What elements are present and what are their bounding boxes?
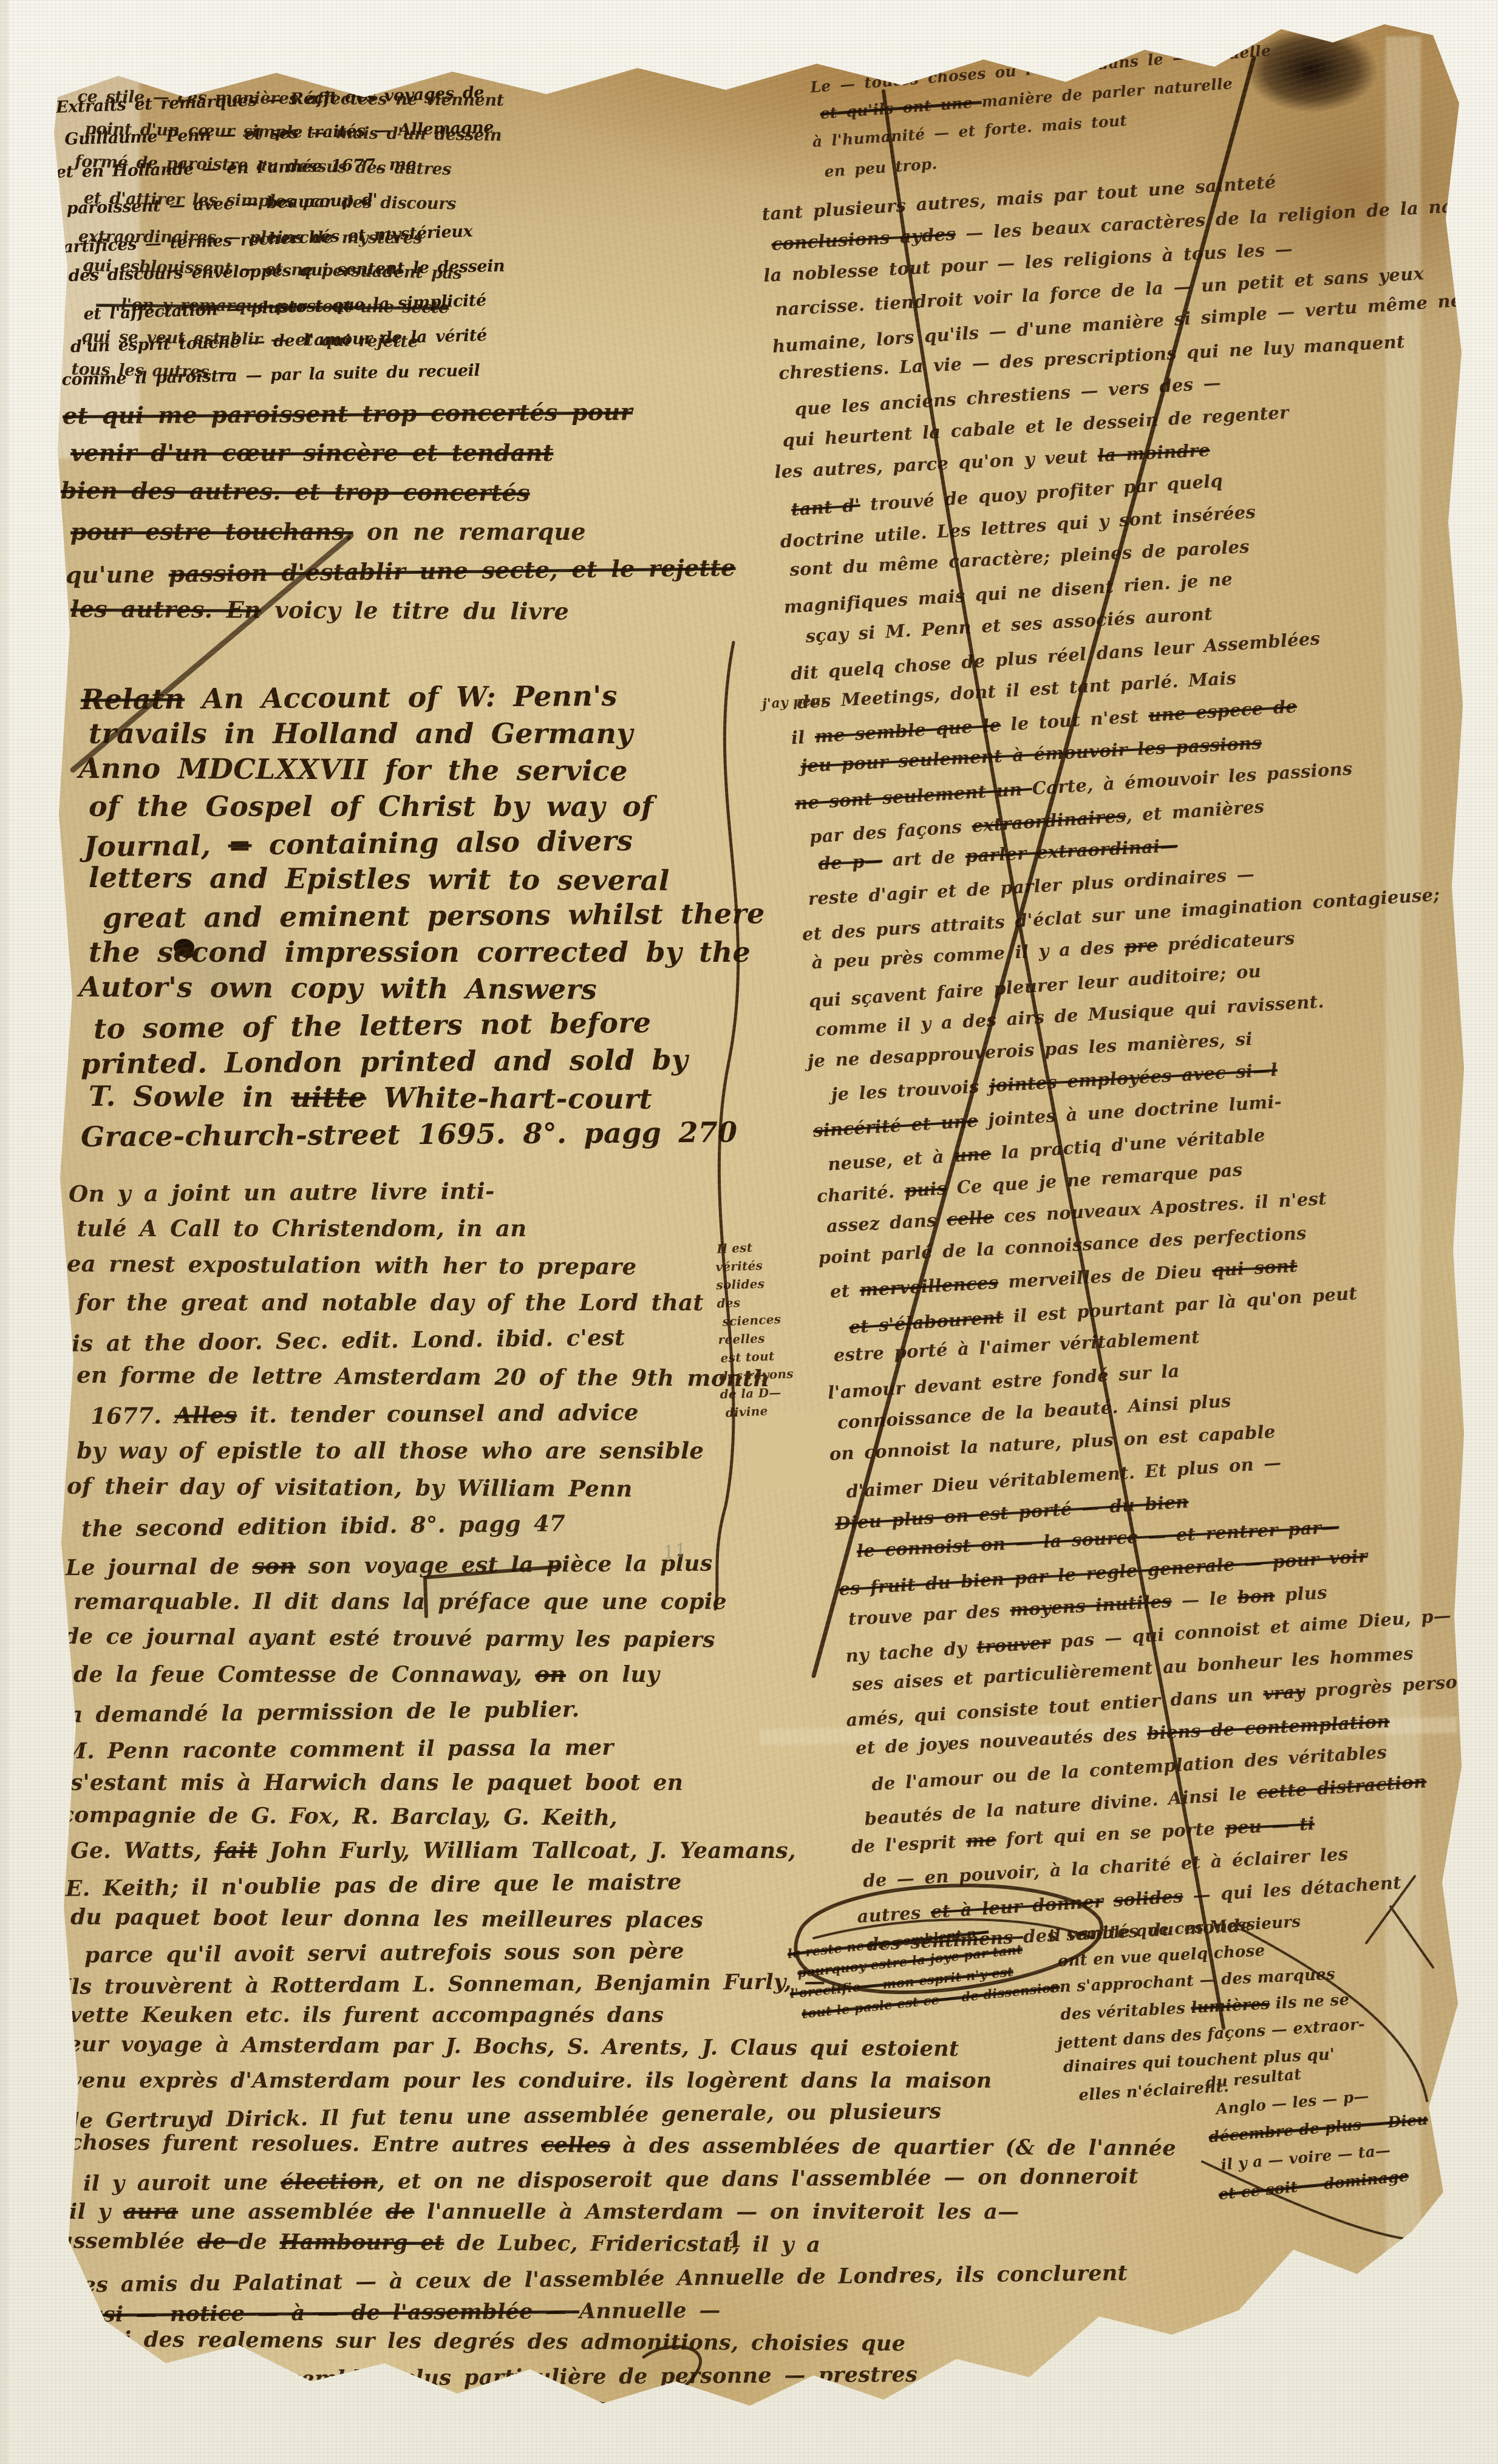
manuscript-line: great and eminent persons whilst there	[103, 895, 779, 936]
bottom-right-fragments: du resultatAnglo — les — p—décembre de p…	[1203, 2046, 1469, 2208]
struck-text: extraordinaires	[971, 805, 1126, 836]
manuscript-line: de ce journal ayant esté trouvé parmy le…	[64, 1618, 774, 1658]
struck-text: venir d'un cœur sincère et tendant	[70, 439, 553, 466]
handwritten-text: , et manières	[1125, 796, 1265, 826]
handwritten-text: point d'un cœur simple — mais d'un desse…	[85, 120, 502, 145]
struck-text: — l'on y remarque par tout une secte	[96, 295, 449, 317]
handwritten-text: merveilles de Dieu	[998, 1260, 1213, 1293]
manuscript-line: Ge. Watts, fait John Furly, William Tall…	[70, 1834, 777, 1868]
handwritten-text: on ne remarque	[353, 518, 586, 545]
handwritten-text: compagnie de G. Fox, R. Barclay, G. Keit…	[61, 1802, 618, 1831]
handwritten-text: E. Keith; il n'oublie pas de dire que le…	[66, 1869, 682, 1902]
struck-text: parler extraordinai—	[965, 835, 1178, 866]
manuscript-line: solides	[716, 1275, 771, 1295]
handwritten-text: extraordinaires — pleins de mystères	[78, 227, 422, 247]
handwritten-text: du resultat	[1205, 2065, 1302, 2092]
struck-text: de	[386, 2199, 414, 2224]
handwritten-text: Grace-church-street 1695. 8°. pagg 270	[81, 1115, 738, 1153]
manuscript-line: T. Sowle in uitte White-hart-court	[89, 1078, 777, 1118]
struck-text: fait	[214, 1838, 257, 1863]
handwritten-text: de ce journal ayant esté trouvé parmy le…	[64, 1624, 715, 1653]
manuscript-line: est tout	[720, 1347, 775, 1367]
handwritten-text: son voyage est la pièce la plus	[296, 1551, 713, 1579]
handwritten-text: ce stile — ces manières affectées ne vie…	[77, 87, 503, 110]
manuscript-line: Relatn An Account of W: Penn's	[81, 676, 779, 718]
handwritten-text: neuse, et à	[827, 1146, 955, 1175]
handwritten-text: on luy	[566, 1662, 659, 1687]
struck-text: une espece de	[1148, 696, 1298, 726]
handwritten-text: tulé A Call to Christendom, in an	[77, 1215, 526, 1242]
handwritten-text: ea rnest expostulation with her to prepa…	[67, 1250, 637, 1280]
manuscript-line: des	[717, 1292, 772, 1312]
struck-text: =	[228, 828, 251, 861]
handwritten-text: for the great and notable day of the Lor…	[77, 1289, 704, 1316]
handwritten-text: Le journal de	[66, 1554, 253, 1581]
manuscript-line: réelles	[718, 1329, 773, 1349]
handwritten-text: du paquet boot leur donna les meilleures…	[70, 1904, 704, 1933]
manuscript-line: Anno MDCLXXVII for the service	[79, 750, 777, 790]
manuscript-line: sciences	[722, 1310, 777, 1331]
handwritten-text: l'annuelle à Amsterdam — on inviteroit l…	[415, 2199, 1020, 2224]
handwritten-text: ils ne se	[1269, 1991, 1350, 2013]
handwritten-text: qu'une	[66, 560, 169, 589]
handwritten-text: le tout n'est	[1000, 705, 1149, 735]
manuscript-line: en forme de lettre Amsterdam 20 of the 9…	[77, 1356, 777, 1397]
opening-paragraph: et qui me paroissent trop concertés pour…	[61, 393, 765, 630]
handwritten-text: une assemblée	[178, 2199, 386, 2224]
handwritten-text: of the Gospel of Christ by way of	[89, 790, 653, 823]
manuscript-line: travails in Holland and Germany	[89, 715, 777, 752]
penn-voyage-block: M. Penn raconte comment il passa la mers…	[61, 1732, 777, 1970]
struck-text: élection	[281, 2169, 378, 2194]
manuscript-line: remarquable. Il dit dans la préface que …	[73, 1584, 774, 1620]
handwritten-text: Journal,	[84, 829, 228, 863]
manuscript-line: Autor's own copy with Answers	[79, 968, 777, 1009]
manuscript-sheet: Extraits et remarques — Récit des voyage…	[33, 24, 1466, 2417]
handwritten-text: autres	[856, 1902, 931, 1927]
manuscript-line: divine	[725, 1401, 780, 1421]
margin-word-stack: Il estvéritéssolidesdessciencesréelleses…	[715, 1238, 775, 1422]
manuscript-line: et qui me paroissent trop concertés pour	[63, 391, 767, 435]
handwritten-text: en forme de lettre Amsterdam 20 of the 9…	[77, 1361, 770, 1392]
handwritten-text: des rayons	[719, 1366, 794, 1383]
handwritten-text: Ils trouvèrent à Rotterdam L. Sonneman, …	[61, 1969, 826, 1999]
handwritten-text: Annuelle —	[579, 2298, 721, 2324]
handwritten-text: the second edition ibid. 8°. pagg 47	[81, 1509, 566, 1542]
struck-text: de	[197, 2229, 239, 2254]
handwritten-text: qui esblouissent — et ne persuadent pas	[83, 256, 462, 283]
struck-text: me	[965, 1829, 996, 1851]
handwritten-text: ny tache dy	[845, 1637, 977, 1666]
struck-text: pre	[1124, 934, 1159, 957]
struck-text: celles	[541, 2132, 610, 2158]
handwritten-text: of their day of visitation, by William P…	[67, 1472, 633, 1502]
manuscript-line: of their day of visitation, by William P…	[67, 1468, 777, 1508]
english-title-block: Relatn An Account of W: Penn'stravails i…	[79, 679, 777, 1152]
struck-text: uitte	[291, 1081, 366, 1114]
dense-draft-layer-2: ce stile — ces manières affectées ne vie…	[71, 77, 792, 400]
handwritten-text: Ge. Watts,	[70, 1838, 214, 1863]
handwritten-text: , et on ne disposeroit que dans l'assemb…	[378, 2164, 1139, 2194]
manuscript-line: to some of the letters not before	[94, 1002, 783, 1047]
manuscript-line: Grace-church-street 1695. 8°. pagg 270	[81, 1114, 779, 1155]
handwritten-text: to some of the letters not before	[94, 1006, 652, 1045]
manuscript-line: s'estant mis à Harwich dans le paquet bo…	[70, 1766, 777, 1800]
struck-text: Relatn	[81, 682, 185, 716]
handwritten-text: art de	[882, 846, 965, 871]
handwritten-text: remarquable. Il dit dans la préface que …	[73, 1589, 727, 1615]
handwritten-text: — qui les détachent	[1182, 1872, 1402, 1907]
handwritten-text: charité.	[816, 1180, 905, 1206]
struck-text: puis	[904, 1178, 947, 1201]
handwritten-text: Il est	[717, 1240, 753, 1256]
handwritten-text: 1677.	[90, 1402, 175, 1429]
manuscript-line: Il est	[717, 1237, 772, 1258]
manuscript-line: ea rnest expostulation with her to prepa…	[67, 1245, 777, 1286]
manuscript-line: du paquet boot leur donna les meilleures…	[70, 1900, 777, 1938]
handwritten-text: it. tender counsel and advice	[237, 1399, 639, 1429]
handwritten-text: prédicateurs	[1157, 928, 1296, 955]
struck-text: une	[953, 1143, 992, 1166]
manuscript-line: is at the door. Sec. edit. Lond. ibid. c…	[72, 1317, 783, 1362]
manuscript-line: letters and Epistles writ to several	[89, 859, 777, 899]
handwritten-text: de l'esprit	[851, 1831, 967, 1857]
handwritten-text: vette Keuken etc. ils furent accompagnés…	[69, 2003, 664, 2027]
handwritten-text: containing also divers	[251, 824, 633, 861]
manuscript-line: Journal, = containing also divers	[84, 820, 783, 865]
handwritten-text: réelles	[718, 1331, 765, 1347]
handwritten-text: je les trouvois	[831, 1075, 990, 1104]
struck-text: peu — ti	[1224, 1813, 1315, 1838]
handwritten-text: à des assemblées de quartier (& de l'ann…	[610, 2133, 1176, 2161]
handwritten-text: John Furly, William Tallcoat, J. Yeamans…	[257, 1838, 796, 1863]
handwritten-text: des véritables	[1060, 1999, 1192, 2024]
manuscript-line: — l'on y remarque par tout une secte	[96, 287, 791, 328]
struck-text: la moindre	[1097, 440, 1211, 466]
handwritten-text: An Account of W: Penn's	[185, 679, 618, 715]
manuscript-line: of the Gospel of Christ by way of	[89, 788, 777, 825]
journal-remark-block: Le journal de son son voyage est la pièc…	[64, 1547, 774, 1729]
manuscript-line: by way of epistle to all those who are s…	[77, 1432, 777, 1469]
struck-text: trouver	[976, 1632, 1051, 1658]
handwritten-text: printed. London printed and sold by	[81, 1043, 688, 1080]
manuscript-line: the second impression corrected by the	[89, 934, 777, 970]
handwritten-text: Autor's own copy with Answers	[79, 970, 597, 1006]
manuscript-line: a demandé la permission de le publier.	[69, 1689, 780, 1733]
handwritten-text: is at the door. Sec. edit. Lond. ibid. c…	[72, 1324, 625, 1356]
handwritten-text: White-hart-court	[366, 1081, 652, 1115]
handwritten-text: sciences	[722, 1312, 781, 1329]
handwritten-text: M. Penn raconte comment il passa la mer	[63, 1735, 614, 1764]
manuscript-line: 1677. Alles it. tender counsel and advic…	[90, 1393, 779, 1435]
handwritten-text: il	[791, 726, 815, 748]
handwritten-text: assez dans	[826, 1209, 947, 1236]
handwritten-text: T. Sowle in	[89, 1080, 291, 1114]
handwritten-text: tous les autres —	[71, 360, 234, 383]
handwritten-text: il y	[69, 2199, 123, 2224]
handwritten-text: great and eminent persons whilst there	[103, 897, 765, 934]
struck-text: son	[252, 1553, 296, 1579]
handwritten-text: s'estant mis à Harwich dans le paquet bo…	[70, 1770, 683, 1795]
handwritten-text: vérités	[715, 1258, 763, 1275]
manuscript-line: M. Penn raconte comment il passa la mer	[63, 1729, 779, 1768]
handwritten-text: est tout	[720, 1349, 775, 1366]
struck-text: pour estre touchans.	[70, 518, 353, 545]
handwritten-text: On y a joint un autre livre inti-	[69, 1177, 495, 1207]
manuscript-line: E. Keith; il n'oublie pas de dire que le…	[66, 1863, 783, 1905]
struck-text: moyens inutiles	[1009, 1591, 1172, 1621]
handwritten-text: choses furent resolues. Entre autres	[69, 2130, 541, 2157]
struck-text: les autres.	[70, 595, 213, 623]
right-column-commentary: tant plusieurs autres, mais par tout une…	[759, 157, 1498, 1964]
handwritten-text: formé de paroistre au dessus des autres	[75, 152, 452, 179]
manuscript-line: de la D—	[720, 1384, 775, 1404]
manuscript-scan-page: { "page": { "number": "1" }, "colors": {…	[0, 0, 1498, 2464]
struck-text: En	[213, 596, 261, 623]
handwritten-text: by way of epistle to all those who are s…	[77, 1437, 704, 1464]
struck-text: aura	[123, 2199, 178, 2224]
handwritten-text: des	[717, 1295, 741, 1310]
manuscript-line: les autres. En voicy le titre du livre	[70, 589, 765, 632]
handwritten-text: — le	[1171, 1587, 1238, 1611]
handwritten-text: parce qu'il avoit servi autrefois sous s…	[84, 1938, 684, 1968]
manuscript-line: de la feue Comtesse de Connaway, on on l…	[73, 1656, 774, 1693]
handwritten-text: de Lubec, Fridericstat, il y a	[444, 2230, 820, 2257]
manuscript-line: venir d'un cœur sincère et tendant	[70, 433, 765, 472]
manuscript-line: On y a joint un autre livre inti-	[69, 1171, 779, 1213]
handwritten-text: solides	[716, 1276, 765, 1292]
handwritten-text: il y auroit une	[83, 2170, 281, 2196]
handwritten-text: fort qui en se porte	[996, 1818, 1225, 1850]
struck-text: sincérité et une	[812, 1110, 979, 1141]
handwritten-text: en peu trop.	[824, 155, 938, 181]
handwritten-text: de la feue Comtesse de Connaway,	[73, 1662, 535, 1687]
struck-text: tant d'	[791, 495, 861, 520]
manuscript-line: qu'une passion d'establir une secte, et …	[66, 547, 771, 594]
struck-text: et qui me paroissent trop concertés pour	[63, 398, 633, 429]
struck-text: celle	[946, 1206, 995, 1230]
struck-text: Alles	[174, 1401, 237, 1429]
struck-text: qui sont	[1211, 1255, 1298, 1281]
manuscript-line: tulé A Call to Christendom, in an	[77, 1210, 777, 1247]
struck-text: bon	[1237, 1585, 1275, 1607]
struck-text: de p—	[818, 850, 883, 874]
handwritten-text: assemblée	[60, 2228, 197, 2254]
handwritten-text: de	[239, 2230, 280, 2255]
handwritten-text: a demandé la permission de le publier.	[69, 1697, 580, 1728]
struck-text: on	[535, 1662, 566, 1687]
manuscript-line: pour estre touchans. on ne remarque	[70, 512, 765, 551]
handwritten-text: letters and Epistles writ to several	[89, 861, 670, 897]
handwritten-text: venu exprès d'Amsterdam pour les conduir…	[69, 2068, 992, 2093]
struck-text: Hambourg et	[279, 2230, 444, 2255]
handwritten-text: pas — qui	[1050, 1624, 1175, 1653]
handwritten-text: trouve par des	[848, 1600, 1010, 1630]
struck-text: cette distraction	[1256, 1771, 1428, 1803]
manuscript-line: compagnie de G. Fox, R. Barclay, G. Keit…	[61, 1798, 777, 1836]
handwritten-text: plus	[1275, 1582, 1328, 1605]
manuscript-line: des rayons	[719, 1365, 774, 1385]
handwritten-text: voicy le titre du livre	[261, 596, 569, 625]
manuscript-line: vérités	[715, 1256, 771, 1276]
handwritten-text: divine	[725, 1403, 768, 1420]
handwritten-text: Anno MDCLXXVII for the service	[79, 752, 628, 788]
manuscript-line: printed. London printed and sold by	[81, 1041, 779, 1082]
handwritten-text: qui se veut establir — et qui rejette	[81, 327, 418, 352]
handwritten-text: the second impression corrected by the	[89, 936, 751, 968]
handwritten-text: et	[829, 1280, 860, 1302]
handwritten-text: de la D—	[720, 1385, 781, 1401]
struck-text: vray	[1262, 1681, 1306, 1704]
struck-text: bien des autres. et trop concertés	[61, 477, 530, 506]
manuscript-line: for the great and notable day of the Lor…	[77, 1284, 777, 1321]
struck-text: merveillences	[859, 1272, 999, 1301]
handwritten-text: leur voyage à Amsterdam par J. Bochs, S.…	[60, 2032, 959, 2061]
handwritten-text: travails in Holland and Germany	[89, 717, 633, 750]
handwritten-text: aussi des reglemens sur les degrés des a…	[69, 2327, 905, 2356]
handwritten-text: et d'attirer les simples par des discour…	[84, 189, 456, 214]
call-to-christendom-block: On y a joint un autre livre inti-tulé A …	[67, 1173, 777, 1543]
manuscript-line: bien des autres. et trop concertés	[61, 471, 765, 514]
struck-text: lumières	[1191, 1995, 1270, 2017]
struck-text: solides	[1113, 1886, 1184, 1911]
pencil-mark: 11	[662, 1539, 689, 1564]
manuscript-surface: Extraits et remarques — Récit des voyage…	[0, 0, 1498, 2464]
struck-text: passion d'establir une secte, et le reje…	[168, 554, 735, 588]
